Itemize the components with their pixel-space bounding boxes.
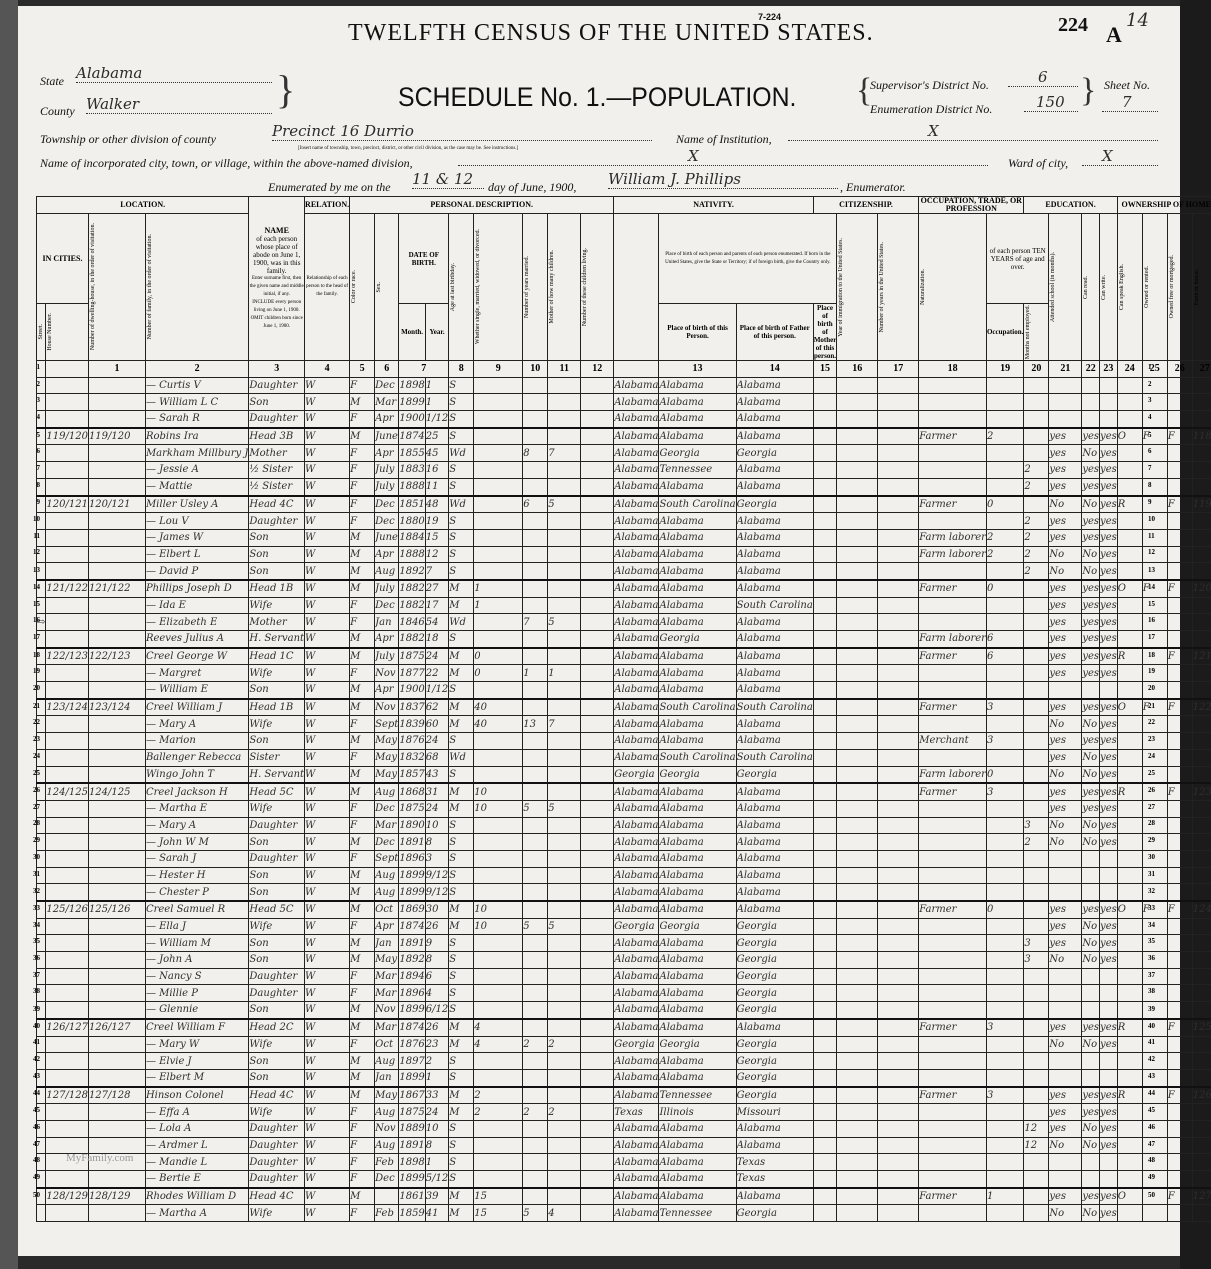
mother-of-cell: [523, 1188, 548, 1205]
months-unemployed-cell: [986, 1120, 1023, 1137]
page-handwritten: 14: [1126, 10, 1149, 31]
farm-schedule-cell: 118: [1192, 428, 1211, 445]
age-cell: 10: [425, 1120, 448, 1137]
relation-cell: Son: [249, 546, 305, 563]
birth-year-cell: 1898: [399, 1154, 425, 1171]
can-speak-english-cell: yes: [1100, 817, 1118, 834]
birthplace-person-cell: Alabama: [614, 1154, 659, 1171]
marital-status-cell: M: [449, 699, 474, 716]
immigration-header: Year of immigration to the United States…: [837, 214, 878, 361]
column-number: 27: [1192, 361, 1211, 378]
farm-house-cell: F: [1167, 783, 1192, 800]
birthplace-person-cell: Texas: [614, 1104, 659, 1121]
dwelling-number-cell: [46, 850, 89, 867]
dwelling-number-cell: 128/129: [46, 1188, 89, 1205]
blank-cell: [37, 1205, 46, 1222]
dwelling-number-cell: 121/122: [46, 580, 89, 597]
birthplace-person-cell: Alabama: [614, 749, 659, 766]
birth-month-cell: Dec: [375, 513, 399, 530]
birth-month-cell: May: [375, 749, 399, 766]
owned-rented-cell: [1117, 935, 1142, 952]
marital-status-cell: S: [449, 513, 474, 530]
birthplace-mother-cell: Georgia: [736, 985, 813, 1002]
blank-cell: [878, 817, 919, 834]
marital-status-cell: Wd: [449, 614, 474, 631]
months-unemployed-cell: [986, 1205, 1023, 1222]
person-name-cell: Creel William F: [145, 1019, 248, 1036]
birthplace-mother-cell: Alabama: [736, 478, 813, 495]
birthplace-mother-cell: Alabama: [736, 428, 813, 445]
marital-status-cell: M: [449, 901, 474, 918]
table-row: Markham Millbury JMotherWFApr185545Wd87A…: [37, 445, 1211, 462]
can-read-cell: [1049, 884, 1082, 901]
color-cell: W: [305, 749, 350, 766]
can-speak-english-cell: [1100, 1002, 1118, 1019]
owned-rented-cell: [1117, 462, 1142, 479]
occupation-cell: [919, 850, 987, 867]
children-living-cell: [548, 682, 581, 699]
birthplace-father-cell: South Carolina: [659, 699, 736, 716]
owned-rented-cell: [1117, 716, 1142, 733]
years-married-cell: 4: [474, 1036, 523, 1053]
can-speak-english-cell: yes: [1100, 800, 1118, 817]
birthplace-father-cell: Alabama: [659, 377, 736, 394]
pob-mother-header: Place of birth of Mother of this person.: [813, 304, 836, 361]
table-row: — Sarah RDaughterWFApr19001/12SAlabamaAl…: [37, 411, 1211, 428]
can-read-cell: [1049, 968, 1082, 985]
color-cell: W: [305, 631, 350, 648]
blank-cell: [581, 614, 614, 631]
months-unemployed-header: Months not employed.: [1024, 304, 1049, 361]
can-write-cell: yes: [1082, 1188, 1100, 1205]
birth-year-cell: 1899: [399, 1069, 425, 1086]
column-number: 7: [399, 361, 449, 378]
dwelling-number-cell: [46, 394, 89, 411]
children-living-cell: [548, 850, 581, 867]
can-read-cell: yes: [1049, 800, 1082, 817]
line-number: 44: [26, 1089, 40, 1097]
birth-year-cell: 1899: [399, 1002, 425, 1019]
farm-schedule-cell: [1192, 682, 1211, 699]
children-living-cell: [548, 733, 581, 750]
occupation-cell: [919, 935, 987, 952]
birthplace-mother-cell: Alabama: [736, 1188, 813, 1205]
mother-of-cell: [523, 1087, 548, 1104]
occupation-cell: [919, 1069, 987, 1086]
column-number: 23: [1100, 361, 1118, 378]
owned-rented-cell: [1117, 817, 1142, 834]
birthplace-mother-cell: Georgia: [736, 968, 813, 985]
line-number: 37: [1148, 971, 1162, 979]
attended-school-cell: [1024, 733, 1049, 750]
blank-cell: [878, 529, 919, 546]
farm-schedule-cell: [1192, 935, 1211, 952]
children-living-cell: [548, 648, 581, 665]
birth-month-cell: Aug: [375, 783, 399, 800]
line-number: 17: [1148, 633, 1162, 641]
can-read-cell: [1049, 1053, 1082, 1070]
line-number: 28: [1148, 819, 1162, 827]
months-unemployed-cell: [986, 1036, 1023, 1053]
family-number-cell: [88, 1120, 145, 1137]
birthplace-father-cell: Alabama: [659, 648, 736, 665]
birthplace-mother-cell: Georgia: [736, 1002, 813, 1019]
color-cell: W: [305, 968, 350, 985]
years-married-cell: 40: [474, 699, 523, 716]
sex-cell: F: [350, 665, 375, 682]
birth-month-cell: May: [375, 766, 399, 783]
line-number: 23: [26, 735, 40, 743]
marital-status-cell: M: [449, 1036, 474, 1053]
farm-house-cell: [1167, 394, 1192, 411]
can-speak-english-header: Can speak English.: [1117, 214, 1142, 361]
marital-status-cell: S: [449, 411, 474, 428]
birthplace-mother-cell: Alabama: [736, 800, 813, 817]
blank-cell: [878, 834, 919, 851]
nativity-header: NATIVITY.: [614, 197, 814, 214]
occupation-cell: Farmer: [919, 648, 987, 665]
sex-cell: F: [350, 597, 375, 614]
line-number: 39: [1148, 1005, 1162, 1013]
enumerated-label: Enumerated by me on the: [268, 180, 391, 195]
marital-status-cell: S: [449, 985, 474, 1002]
marital-status-cell: S: [449, 394, 474, 411]
relation-cell: H. Servant: [249, 631, 305, 648]
person-name-cell: — Elbert M: [145, 1069, 248, 1086]
birth-year-cell: 1891: [399, 834, 425, 851]
owned-rented-cell: [1117, 1205, 1142, 1222]
farm-house-cell: [1167, 546, 1192, 563]
line-number: 16: [1148, 616, 1162, 624]
dwelling-number-cell: 127/128: [46, 1087, 89, 1104]
owned-rented-cell: [1117, 766, 1142, 783]
column-number: 1: [88, 361, 145, 378]
person-name-cell: — Sarah J: [145, 850, 248, 867]
can-write-cell: yes: [1082, 478, 1100, 495]
owned-rented-cell: [1117, 1120, 1142, 1137]
can-speak-english-cell: yes: [1100, 918, 1118, 935]
column-number: [46, 361, 89, 378]
can-read-cell: [1049, 985, 1082, 1002]
relation-cell: Son: [249, 884, 305, 901]
can-write-cell: No: [1082, 817, 1100, 834]
table-row: — Martha AWifeWFFeb185941M1554AlabamaTen…: [37, 1205, 1211, 1222]
person-name-cell: Creel Samuel R: [145, 901, 248, 918]
family-number-cell: [88, 850, 145, 867]
table-row: — James WSonWMJune188415SAlabamaAlabamaA…: [37, 529, 1211, 546]
can-speak-english-cell: yes: [1100, 665, 1118, 682]
family-number-cell: [88, 665, 145, 682]
line-number: 1: [1148, 363, 1162, 371]
can-speak-english-cell: yes: [1100, 1087, 1118, 1104]
ownership-header: OWNERSHIP OF HOME.: [1117, 197, 1211, 214]
sex-cell: M: [350, 1053, 375, 1070]
years-married-cell: [474, 850, 523, 867]
line-number: 47: [1148, 1140, 1162, 1148]
column-number: 21: [1049, 361, 1082, 378]
blank-cell: [813, 513, 836, 530]
birth-year-cell: 1896: [399, 985, 425, 1002]
birthplace-person-cell: Georgia: [614, 766, 659, 783]
column-number: 12: [581, 361, 614, 378]
can-read-cell: yes: [1049, 1120, 1082, 1137]
line-number: 46: [1148, 1123, 1162, 1131]
owned-rented-cell: [1117, 597, 1142, 614]
line-number: 3: [26, 396, 40, 404]
attended-school-cell: [1024, 1188, 1049, 1205]
attended-school-cell: 3: [1024, 935, 1049, 952]
birthplace-father-cell: Alabama: [659, 682, 736, 699]
table-row: — Lola ADaughterWFNov188910SAlabamaAlaba…: [37, 1120, 1211, 1137]
marital-status-cell: S: [449, 462, 474, 479]
can-read-cell: No: [1049, 834, 1082, 851]
occupation-cell: Farmer: [919, 699, 987, 716]
blank-cell: [813, 394, 836, 411]
can-write-cell: [1082, 411, 1100, 428]
birthplace-father-cell: Alabama: [659, 1171, 736, 1188]
blank-cell: [878, 783, 919, 800]
line-number: 4: [1148, 413, 1162, 421]
blank-cell: [837, 952, 878, 969]
sex-cell: M: [350, 1188, 375, 1205]
can-read-cell: [1049, 1002, 1082, 1019]
blank-cell: [837, 1087, 878, 1104]
institution-field: X: [788, 122, 1158, 141]
blank-cell: [837, 428, 878, 445]
birth-year-cell: 1851: [399, 496, 425, 513]
state-field: Alabama: [76, 64, 272, 83]
blank-cell: [837, 411, 878, 428]
blank-cell: [581, 716, 614, 733]
sex-cell: M: [350, 834, 375, 851]
can-read-cell: [1049, 867, 1082, 884]
blank-cell: [878, 1137, 919, 1154]
can-read-cell: yes: [1049, 1188, 1082, 1205]
birthplace-person-cell: Alabama: [614, 800, 659, 817]
occupation-cell: Farmer: [919, 901, 987, 918]
birth-month-cell: Mar: [375, 817, 399, 834]
birthplace-mother-cell: Alabama: [736, 1019, 813, 1036]
birth-month-cell: Oct: [375, 1036, 399, 1053]
years-married-cell: 15: [474, 1188, 523, 1205]
blank-cell: [878, 648, 919, 665]
months-unemployed-cell: [986, 682, 1023, 699]
birthplace-person-cell: Alabama: [614, 817, 659, 834]
can-speak-english-cell: yes: [1100, 546, 1118, 563]
birth-month-cell: Dec: [375, 597, 399, 614]
blank-cell: [813, 699, 836, 716]
person-name-cell: Miller Usley A: [145, 496, 248, 513]
farm-house-cell: [1167, 918, 1192, 935]
farm-house-cell: [1167, 985, 1192, 1002]
can-write-cell: [1082, 682, 1100, 699]
mother-of-cell: 1: [523, 665, 548, 682]
attended-school-cell: 2: [1024, 529, 1049, 546]
birthplace-person-cell: Alabama: [614, 682, 659, 699]
attended-school-cell: [1024, 1087, 1049, 1104]
sex-cell: M: [350, 394, 375, 411]
blank-cell: [581, 1104, 614, 1121]
blank-cell: [878, 1019, 919, 1036]
years-married-cell: [474, 1171, 523, 1188]
birth-month-cell: June: [375, 529, 399, 546]
attended-school-cell: [1024, 867, 1049, 884]
birth-year-cell: 1837: [399, 699, 425, 716]
birth-month-cell: Sept: [375, 850, 399, 867]
children-living-cell: [548, 1154, 581, 1171]
age-cell: 45: [425, 445, 448, 462]
line-number: 27: [1148, 803, 1162, 811]
owned-rented-cell: [1117, 513, 1142, 530]
months-unemployed-cell: [986, 1154, 1023, 1171]
can-write-cell: yes: [1082, 462, 1100, 479]
family-number-cell: 128/129: [88, 1188, 145, 1205]
blank-cell: [813, 1069, 836, 1086]
person-name-cell: — Glennie: [145, 1002, 248, 1019]
birthplace-person-cell: Alabama: [614, 733, 659, 750]
blank-cell: [581, 901, 614, 918]
birthplace-father-cell: Alabama: [659, 1019, 736, 1036]
family-number-cell: 125/126: [88, 901, 145, 918]
birthplace-person-cell: Alabama: [614, 614, 659, 631]
sex-cell: M: [350, 428, 375, 445]
years-married-cell: 10: [474, 918, 523, 935]
line-number: 18: [26, 651, 40, 659]
marital-status-cell: M: [449, 918, 474, 935]
farm-schedule-cell: [1192, 462, 1211, 479]
line-number: 35: [1148, 937, 1162, 945]
farm-house-cell: [1167, 1053, 1192, 1070]
children-living-cell: [548, 1019, 581, 1036]
can-read-cell: yes: [1049, 665, 1082, 682]
line-number: 13: [1148, 566, 1162, 574]
months-unemployed-cell: [986, 445, 1023, 462]
can-speak-english-cell: [1100, 1053, 1118, 1070]
marital-status-cell: S: [449, 968, 474, 985]
dwelling-number-cell: [46, 614, 89, 631]
birthplace-person-cell: Alabama: [614, 411, 659, 428]
farm-house-cell: F: [1167, 428, 1192, 445]
children-living-cell: [548, 1053, 581, 1070]
age-cell: 30: [425, 901, 448, 918]
blank-cell: [837, 1036, 878, 1053]
children-living-cell: [548, 766, 581, 783]
birthplace-father-cell: Alabama: [659, 597, 736, 614]
can-write-cell: No: [1082, 1205, 1100, 1222]
blank-cell: [878, 597, 919, 614]
line-number: 49: [26, 1173, 40, 1181]
line-number: 3: [1148, 396, 1162, 404]
column-number: 4: [305, 361, 350, 378]
blank-cell: [581, 850, 614, 867]
blank-cell: [813, 952, 836, 969]
age-cell: 24: [425, 800, 448, 817]
months-unemployed-cell: [986, 411, 1023, 428]
age-cell: 5/12: [425, 1171, 448, 1188]
person-name-cell: Ballenger Rebecca: [145, 749, 248, 766]
blank-cell: [878, 749, 919, 766]
birthplace-mother-cell: South Carolina: [736, 699, 813, 716]
farm-house-cell: [1167, 462, 1192, 479]
line-number: 26: [26, 786, 40, 794]
occupation-cell: [919, 716, 987, 733]
attended-school-cell: [1024, 1069, 1049, 1086]
birth-month-cell: Nov: [375, 665, 399, 682]
birthplace-father-cell: Alabama: [659, 884, 736, 901]
age-cell: 27: [425, 580, 448, 597]
brace: }: [276, 66, 295, 113]
children-living-cell: 4: [548, 1205, 581, 1222]
attended-school-cell: [1024, 377, 1049, 394]
column-number: 26: [1167, 361, 1192, 378]
table-row: — GlennieSonWMNov18996/12SAlabamaAlabama…: [37, 1002, 1211, 1019]
months-unemployed-cell: [986, 462, 1023, 479]
owned-rented-cell: O: [1117, 1188, 1142, 1205]
line-number: 48: [26, 1156, 40, 1164]
marital-header: Whether single, married, widowed, or div…: [474, 214, 523, 361]
birth-year-cell: 1861: [399, 1188, 425, 1205]
dwelling-number-cell: [46, 478, 89, 495]
age-cell: 6/12: [425, 1002, 448, 1019]
blank-cell: [813, 850, 836, 867]
attended-school-cell: [1024, 850, 1049, 867]
column-number: 13: [659, 361, 736, 378]
marital-status-cell: S: [449, 682, 474, 699]
dwelling-number-cell: [46, 985, 89, 1002]
county-field: Walker: [86, 95, 272, 114]
color-cell: W: [305, 563, 350, 580]
scan-left-edge: [0, 0, 18, 1269]
color-cell: W: [305, 935, 350, 952]
can-read-cell: yes: [1049, 1104, 1082, 1121]
mother-of-cell: [523, 884, 548, 901]
mother-of-cell: [523, 462, 548, 479]
can-speak-english-cell: yes: [1100, 563, 1118, 580]
owned-rented-cell: [1117, 884, 1142, 901]
farm-schedule-cell: [1192, 529, 1211, 546]
person-name-cell: — Millie P: [145, 985, 248, 1002]
birthplace-father-cell: Alabama: [659, 867, 736, 884]
months-unemployed-cell: 0: [986, 766, 1023, 783]
farm-house-cell: F: [1167, 1188, 1192, 1205]
relation-cell: Son: [249, 834, 305, 851]
sex-cell: F: [350, 1205, 375, 1222]
birth-year-cell: 1875: [399, 800, 425, 817]
farm-house-cell: [1167, 968, 1192, 985]
table-row: — Chester PSonWMAug18999/12SAlabamaAlaba…: [37, 884, 1211, 901]
sex-cell: F: [350, 1171, 375, 1188]
blank-cell: [581, 817, 614, 834]
can-read-cell: [1049, 411, 1082, 428]
birth-month-cell: Sept: [375, 716, 399, 733]
blank-cell: [878, 496, 919, 513]
months-unemployed-cell: 0: [986, 901, 1023, 918]
birthplace-person-cell: Alabama: [614, 935, 659, 952]
birthplace-father-cell: Georgia: [659, 445, 736, 462]
line-number: 32: [1148, 887, 1162, 895]
birth-year-cell: 1880: [399, 513, 425, 530]
months-unemployed-cell: [986, 968, 1023, 985]
farm-schedule-cell: [1192, 411, 1211, 428]
color-cell: W: [305, 411, 350, 428]
children-living-cell: [548, 935, 581, 952]
years-married-cell: [474, 462, 523, 479]
age-cell: 31: [425, 783, 448, 800]
birth-year-cell: 1894: [399, 968, 425, 985]
can-read-cell: [1049, 1171, 1082, 1188]
person-name-cell: — Sarah R: [145, 411, 248, 428]
line-number: 12: [26, 548, 40, 556]
